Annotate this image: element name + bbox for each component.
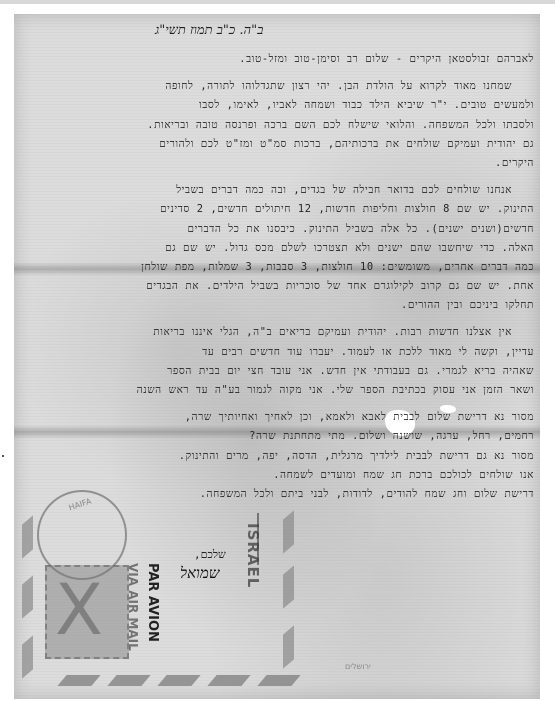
text-line: תחלקו ביניכם ובין ההורים.: [50, 296, 534, 315]
text-line: אנו שולחים לכולכם ברכת חג שמח ומועדים לש…: [50, 466, 534, 485]
paragraph-3: אין אצלנו חדשות רבות. יהודית ועמיקם בריא…: [50, 323, 534, 400]
text-line: עדיין, וקשה לי מאוד ללכת או לעמוד. יעברו…: [50, 343, 534, 362]
text-line: ולסבתו ולכל המשפחה. והלואי שישלח לכם השם…: [50, 116, 534, 135]
text-line: אין אצלנו חדשות רבות. יהודית ועמיקם בריא…: [50, 323, 534, 342]
text-line: כמה דברים אחרים, משומשים: 10 חולצות, 3 ס…: [50, 258, 534, 277]
text-line: התינוק. יש שם 8 חולצות וחליפות חדשות, 12…: [50, 200, 534, 219]
paragraph-2: אנחנו שולחים לכם בדואר חבילה של בגדים, ו…: [50, 181, 534, 315]
text-line: ושאר הזמן אני עסוק בכתיבת הספר שלי. אני …: [50, 381, 534, 400]
stamp-cancel-mark: X: [55, 570, 103, 650]
paragraph-4: מסור נא דרישת שלום לבבית לאבא ולאמא, וכן…: [50, 408, 534, 504]
text-line: האלה. כדי שיחשבו שהם ישנים ולא תצטרכו לש…: [50, 239, 534, 258]
scan-top-edge: [0, 0, 555, 4]
country-label: ISRAEL: [244, 523, 262, 588]
text-line: רחמים, רחל, ערגה, שושנה ושלום. מתי מתחתנ…: [50, 427, 534, 446]
par-avion-label: PAR AVION: [145, 563, 160, 642]
text-line: אנחנו שולחים לכם בדואר חבילה של בגדים, ו…: [50, 181, 534, 200]
text-line: ולמעשים טובים. י"ר שיביא הילד כבוד ושמחה…: [50, 96, 534, 115]
scan-speck: [2, 455, 4, 457]
letter-body: לאברהם זבולסטאן היקרים - שלום רב וסימן-ט…: [50, 50, 534, 504]
faint-address: ירושלים: [345, 662, 371, 671]
handwritten-signature: שמואל: [180, 564, 219, 583]
handwritten-date: ב"ה. כ"ב תמוז תשי"ג: [155, 22, 263, 38]
text-line: מסור נא דרישת שלום לבבית לאבא ולאמא, וכן…: [50, 408, 534, 427]
text-line: גם יהודית ועמיקם שולחים את ברכותיהם, ברכ…: [50, 135, 534, 154]
text-line: שאהיה בריא לגמרי. גם בעבודתי אין חדש. אנ…: [50, 362, 534, 381]
salutation: לאברהם זבולסטאן היקרים - שלום רב וסימן-ט…: [50, 50, 534, 69]
text-line: דרישת שלום וחג שמח להודים, לדודות, לבני …: [50, 485, 534, 504]
via-airmail-label: VIA AIR MAIL: [126, 563, 140, 651]
text-line: אחת. יש שם גם קרוב לקילוגרם אחד של סוכרי…: [50, 277, 534, 296]
paragraph-1: שמחנו מאוד לקרוא על הולדת הבן. יהי רצון …: [50, 77, 534, 173]
closing: שלכם,: [194, 548, 226, 561]
text-line: שמחנו מאוד לקרוא על הולדת הבן. יהי רצון …: [50, 77, 534, 96]
text-line: חדשים(ושנים ישנים). כל אלה בשביל התינוק.…: [50, 220, 534, 239]
text-line: מסור נא גם דרישת לבבית לילדיך מרגלית, הד…: [50, 447, 534, 466]
text-line: היקרים.: [50, 154, 534, 173]
